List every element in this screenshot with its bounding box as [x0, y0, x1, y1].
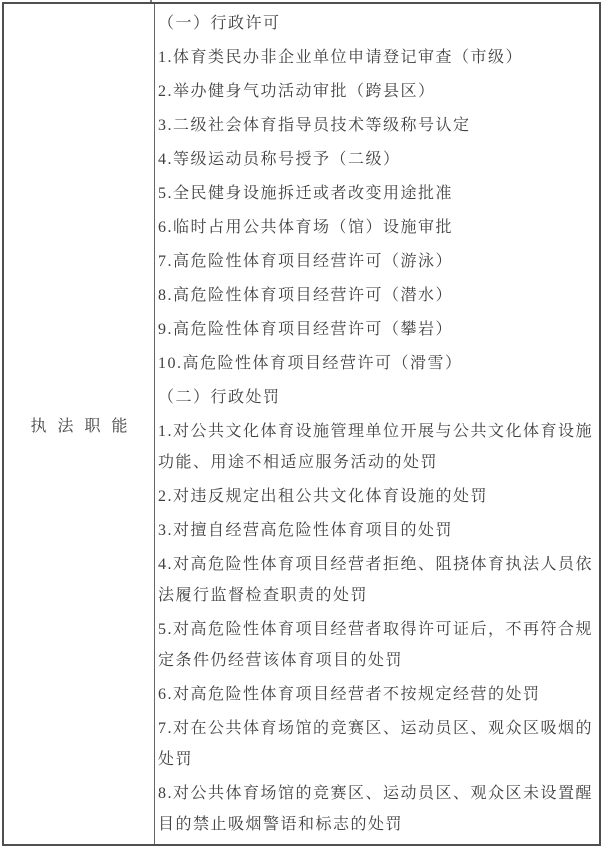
license-item: 8.高危险性体育项目经营许可（潜水） [158, 280, 593, 311]
penalty-item: 4.对高危险性体育项目经营者拒绝、阻挠体育执法人员依法履行监督检查职责的处罚 [158, 549, 593, 611]
license-item: 3.二级社会体育指导员技术等级称号认定 [158, 110, 593, 141]
license-item: 2.举办健身气功活动审批（跨县区） [158, 76, 593, 107]
license-item: 4.等级运动员称号授予（二级） [158, 144, 593, 175]
row-content-cell: （一）行政许可 1.体育类民办非企业单位申请登记审查（市级） 2.举办健身气功活… [155, 3, 601, 845]
penalty-item: 2.对违反规定出租公共文化体育设施的处罚 [158, 481, 593, 512]
section-heading-administrative-penalties: （二）行政处罚 [158, 382, 593, 413]
penalty-item: 1.对公共文化体育设施管理单位开展与公共文化体育设施功能、用途不相适应服务活动的… [158, 416, 593, 478]
license-item: 1.体育类民办非企业单位申请登记审查（市级） [158, 42, 593, 73]
penalty-item: 6.对高危险性体育项目经营者不按规定经营的处罚 [158, 679, 593, 710]
license-item: 7.高危险性体育项目经营许可（游泳） [158, 246, 593, 277]
table-row: 执法职能 （一）行政许可 1.体育类民办非企业单位申请登记审查（市级） 2.举办… [3, 3, 600, 845]
section-heading-administrative-licensing: （一）行政许可 [158, 8, 593, 39]
license-item: 5.全民健身设施拆迁或者改变用途批准 [158, 178, 593, 209]
penalty-item: 3.对擅自经营高危险性体育项目的处罚 [158, 515, 593, 546]
license-item: 9.高危险性体育项目经营许可（攀岩） [158, 314, 593, 345]
license-item: 6.临时占用公共体育场（馆）设施审批 [158, 212, 593, 243]
duties-table: 执法职能 （一）行政许可 1.体育类民办非企业单位申请登记审查（市级） 2.举办… [2, 2, 601, 846]
penalty-item: 8.对公共体育场馆的竞赛区、运动员区、观众区未设置醒目的禁止吸烟警语和标志的处罚 [158, 778, 593, 840]
penalty-item: 7.对在公共体育场馆的竞赛区、运动员区、观众区吸烟的处罚 [158, 713, 593, 775]
penalty-item: 5.对高危险性体育项目经营者取得许可证后，不再符合规定条件仍经营该体育项目的处罚 [158, 614, 593, 676]
row-header-cell: 执法职能 [3, 3, 155, 845]
document-page: 执法职能 （一）行政许可 1.体育类民办非企业单位申请登记审查（市级） 2.举办… [0, 0, 606, 854]
license-item: 10.高危险性体育项目经营许可（滑雪） [158, 348, 593, 379]
row-header-label: 执法职能 [30, 413, 138, 436]
